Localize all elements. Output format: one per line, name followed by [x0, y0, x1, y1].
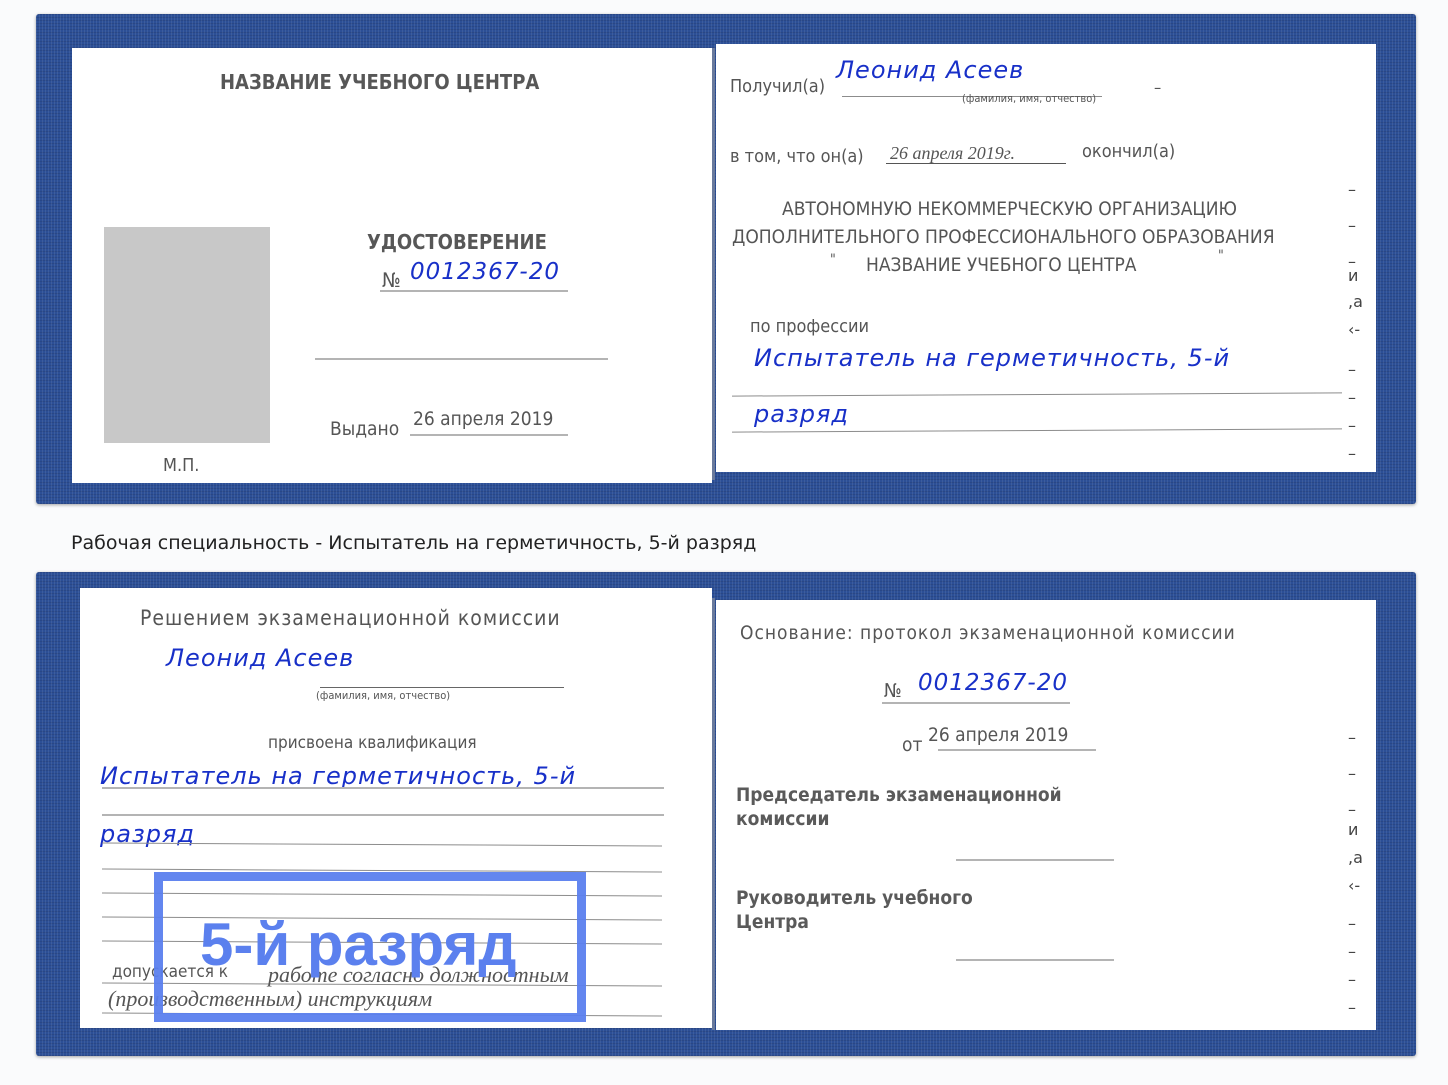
profession-line-1: Испытатель на герметичность, 5-й [754, 344, 1230, 372]
top-left-page: НАЗВАНИЕ УЧЕБНОГО ЦЕНТРА М.П. УДОСТОВЕРЕ… [72, 48, 712, 483]
issued-date: 26 апреля 2019 [413, 408, 553, 430]
completion-date-underline [886, 163, 1066, 164]
issued-date-underline [410, 434, 568, 436]
top-spine [712, 48, 715, 480]
that-label: в том, что он(а) [730, 146, 864, 167]
issued-label: Выдано [330, 418, 399, 440]
profession-label: по профессии [750, 316, 869, 337]
head-line-2: Центра [736, 911, 809, 933]
profession-underline-1 [732, 392, 1342, 396]
bottom-right-page: Основание: протокол экзаменационной коми… [716, 600, 1376, 1030]
protocol-number-underline [882, 702, 1070, 704]
photo-placeholder [104, 227, 270, 443]
training-center-name: НАЗВАНИЕ УЧЕБНОГО ЦЕНТРА [220, 70, 539, 94]
qualification-label: присвоена квалификация [268, 733, 477, 753]
org-line-1: АВТОНОМНУЮ НЕКОММЕРЧЕСКУЮ ОРГАНИЗАЦИЮ [782, 198, 1237, 220]
org-line-2: ДОПОЛНИТЕЛЬНОГО ПРОФЕССИОНАЛЬНОГО ОБРАЗО… [732, 226, 1275, 248]
number-label: № [382, 268, 401, 292]
decision-title: Решением экзаменационной комиссии [140, 606, 561, 630]
protocol-date: 26 апреля 2019 [928, 724, 1068, 746]
number-underline [380, 290, 568, 292]
qualification-line-1: Испытатель на герметичность, 5-й [100, 762, 576, 790]
recipient-name: Леонид Асеев [166, 644, 354, 672]
from-label: от [902, 734, 922, 756]
head-signature-line [956, 959, 1114, 961]
protocol-date-underline [938, 749, 1096, 751]
qualification-underline-2 [102, 814, 664, 816]
grade-stamp-text: 5-й разряд [200, 910, 516, 979]
recipient-underline [320, 687, 564, 688]
chairman-signature-line [956, 859, 1114, 861]
received-label: Получил(а) [730, 76, 825, 97]
document-title: УДОСТОВЕРЕНИЕ [367, 230, 547, 254]
specialty-caption: Рабочая специальность - Испытатель на ге… [71, 532, 756, 554]
basis-title: Основание: протокол экзаменационной коми… [740, 622, 1236, 644]
qualification-underline-1 [102, 787, 664, 789]
protocol-number-label: № [884, 680, 902, 702]
recipient-name: Леонид Асеев [836, 56, 1024, 84]
org-quote-open: " [830, 252, 836, 268]
completed-label: окончил(а) [1082, 141, 1175, 162]
chairman-line-2: комиссии [736, 808, 830, 830]
chairman-line-1: Председатель экзаменационной [736, 784, 1062, 806]
recipient-dash: – [1154, 78, 1161, 97]
profession-line-2: разряд [754, 400, 849, 428]
seal-label: М.П. [163, 455, 199, 476]
completion-date: 26 апреля 2019г. [890, 143, 1015, 164]
protocol-number: 0012367-20 [918, 670, 1068, 696]
name-hint: (фамилия, имя, отчество) [316, 689, 450, 702]
org-quote-close: " [1218, 248, 1224, 264]
head-line-1: Руководитель учебного [736, 887, 973, 909]
profession-underline-2 [732, 428, 1342, 432]
org-line-3: НАЗВАНИЕ УЧЕБНОГО ЦЕНТРА [866, 254, 1136, 276]
blank-underline [315, 358, 608, 360]
name-hint: (фамилия, имя, отчество) [962, 92, 1096, 105]
top-right-page: Получил(а) Леонид Асеев – (фамилия, имя,… [716, 44, 1376, 472]
bottom-spine [712, 598, 715, 1030]
bottom-left-page: Решением экзаменационной комиссии Леонид… [80, 588, 712, 1028]
certificate-number: 0012367-20 [410, 259, 560, 285]
